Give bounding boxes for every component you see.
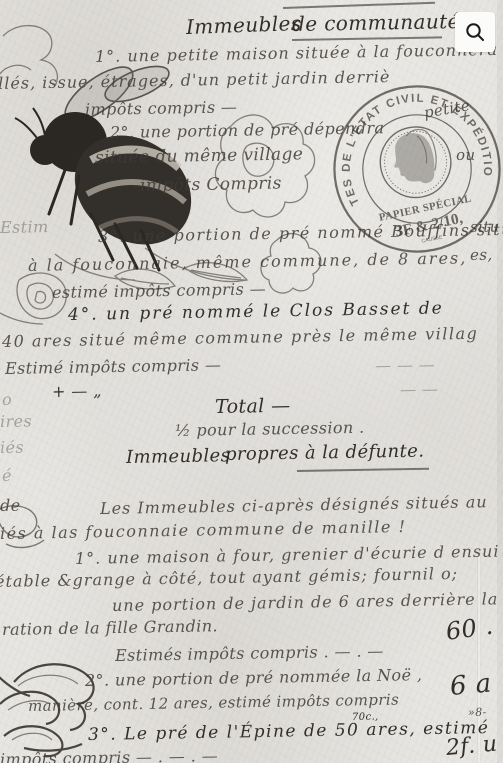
manuscript-line: estimé impôts compris —: [52, 279, 266, 302]
manuscript-line: Estim: [0, 217, 49, 237]
manuscript-line: étable &grange à côté, tout ayant gémis;…: [0, 564, 458, 591]
section-heading: propres à la défunte.: [225, 441, 425, 465]
margin-amount: 6 a: [449, 668, 493, 702]
section-heading: Immeubles: [126, 445, 231, 468]
manuscript-line: impôts compris —: [85, 97, 238, 119]
manuscript-line: Estimé impôts compris —: [5, 355, 222, 378]
manuscript-line: impôts Compris: [140, 174, 282, 196]
marianne-head-icon: [388, 127, 442, 189]
manuscript-line: Estimés impôts compris . — . —: [115, 641, 384, 665]
manuscript-line: de: [0, 496, 21, 515]
zoom-button[interactable]: [455, 12, 495, 52]
magnifier-icon: [463, 20, 487, 44]
page-heading: Immeubles: [186, 11, 302, 39]
page-edge: [497, 0, 503, 763]
manuscript-line: é: [2, 466, 12, 485]
manuscript-line: ires: [0, 411, 32, 431]
document-photo: ACTES DE L'ÉTAT CIVIL ET EXPÉDITIONS PAP…: [0, 0, 503, 763]
manuscript-line: située du même village: [95, 144, 304, 168]
manuscript-line: iés: [0, 438, 24, 457]
margin-amount: »8-: [468, 706, 487, 719]
manuscript-line: ½ pour la succession .: [175, 418, 365, 440]
page-heading: de communauté: [292, 9, 460, 36]
manuscript-line: Les Immeubles ci-après désignés situés a…: [100, 492, 488, 518]
margin-amount: 60 .: [444, 612, 495, 646]
manuscript-line: impôts compris — . — . —: [0, 746, 218, 763]
manuscript-line: o: [2, 390, 12, 409]
manuscript-line: une portion de jardin de 6 ares derrière…: [112, 589, 499, 615]
hand-drawn-rule: [283, 2, 435, 9]
margin-amount: 2f. u: [445, 732, 498, 761]
manuscript-line: iés à las fouconnaie commune de manille …: [0, 517, 407, 543]
hand-drawn-rule: [297, 468, 429, 472]
manuscript-line: es,: [470, 246, 493, 264]
manuscript-line: 3°. Le pré de l'Épine de 50 ares, estimé: [88, 718, 490, 745]
manuscript-line: + — „: [52, 381, 102, 401]
manuscript-line: ou: [456, 146, 476, 164]
section-heading: Total —: [215, 395, 291, 418]
manuscript-line: — —: [400, 379, 439, 399]
manuscript-line: — — —: [375, 355, 435, 375]
manuscript-line: situ: [470, 217, 500, 236]
manuscript-line: ration de la fille Grandin.: [2, 616, 218, 639]
